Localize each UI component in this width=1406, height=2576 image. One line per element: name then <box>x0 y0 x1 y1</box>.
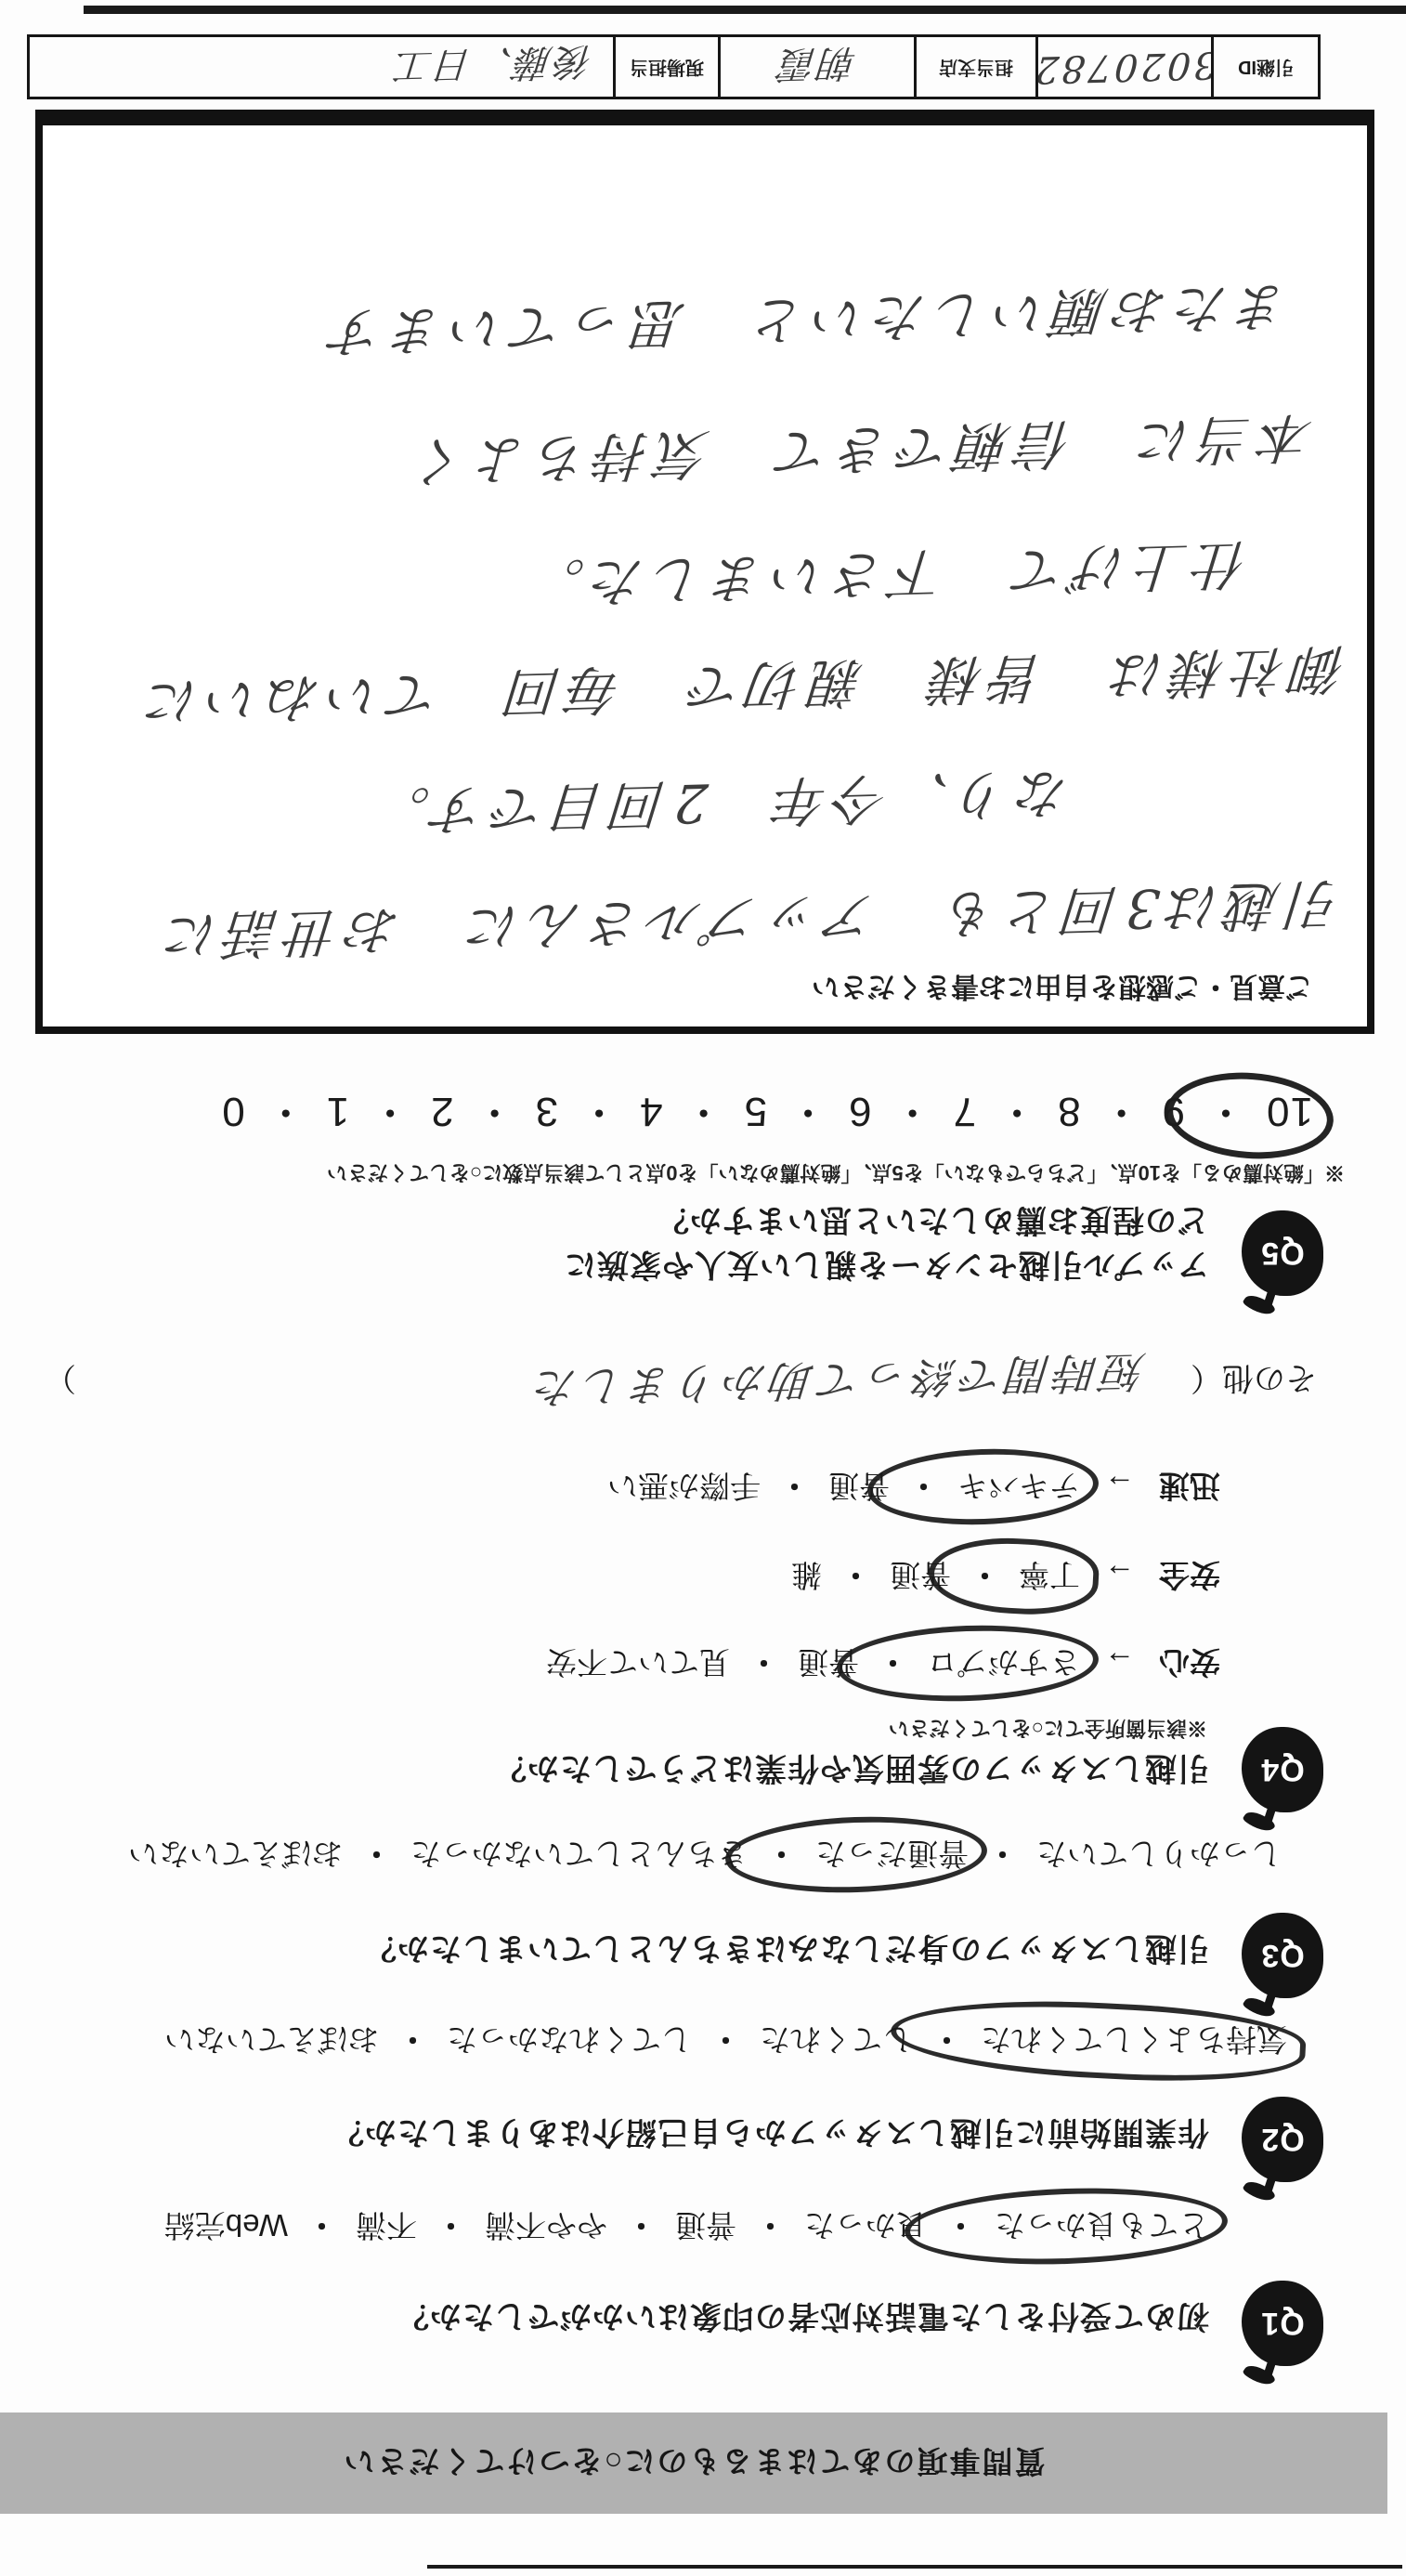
q3-option: きちんとしていなかった <box>343 1834 748 1877</box>
scan-edge-line-bottom <box>84 6 1406 14</box>
q5-score-10-circled: 10 <box>1185 1086 1313 1145</box>
q5-score: 5 <box>663 1086 767 1145</box>
q4-option: 見ていて不安 <box>546 1642 730 1686</box>
q5-score-scale: 109876543210 <box>221 1086 1313 1145</box>
q5-badge-label: Q5 <box>1260 1236 1304 1272</box>
handover-id-handwriting: 3020782 <box>1035 43 1211 91</box>
admin-footer-table: 引継ID 3020782 担当支店 朝霞 現場担当 後藤、日工 <box>27 34 1321 99</box>
q1-badge-icon: Q1 <box>1242 2281 1323 2366</box>
q3-option: しっかりしていた <box>969 1834 1282 1877</box>
q1-question: 初めて受付をした電話対応者の印象はいかがでしたか？ <box>397 2296 1209 2342</box>
q2-option: してくれなかった <box>379 2020 692 2063</box>
q5-score: 0 <box>221 1088 244 1134</box>
q4-option: 手際が悪い <box>607 1466 761 1510</box>
branch-handwriting: 朝霞 <box>775 39 858 95</box>
branch-value: 朝霞 <box>718 37 914 97</box>
q1-option: 不満 <box>288 2205 417 2249</box>
q4-other-close: ） <box>45 1358 76 1404</box>
site-staff-value: 後藤、日工 <box>30 37 613 97</box>
q5-question-line1: アップル引越センターを親しい友人や家族に <box>564 1245 1209 1290</box>
q2-badge-label: Q2 <box>1260 2122 1304 2158</box>
q4-other-label: その他（ <box>1191 1360 1317 1395</box>
q1-badge-label: Q1 <box>1260 2306 1304 2342</box>
handover-id-label: 引継ID <box>1211 37 1318 97</box>
q3-option: おぼえていない <box>128 1834 343 1877</box>
q2-question: 作業開始前に引越しスタッフから自己紹介はありましたか？ <box>332 2112 1209 2158</box>
site-staff-label: 現場担当 <box>613 37 718 97</box>
q5-score: 3 <box>454 1086 558 1145</box>
q5-score: 8 <box>976 1086 1080 1145</box>
upside-down-sheet: 質問事項のあてはまるものに○をつけてください Q1 初めて受付をした電話対応者の… <box>0 0 1406 2576</box>
q5-question-line2: どの程度お薦めしたいと思いますか？ <box>657 1200 1209 1246</box>
q2-option-circled: 気持ちよくしてくれた <box>913 2020 1287 2063</box>
q5-score: 9 <box>1081 1086 1185 1145</box>
q1-option-circled: とても良かった <box>927 2205 1209 2249</box>
q2-option: おぼえていない <box>164 2020 379 2063</box>
q3-badge-icon: Q3 <box>1242 1913 1323 1998</box>
q4-row-anzen: 安全→丁寧普通雑 <box>791 1555 1220 1599</box>
free-comment-box: ご意見・ご感想を自由にお書きください 引越は3回とも アップルさんに お世話に … <box>35 110 1374 1034</box>
q4-note: ※該当箇所全てに○をしてください <box>889 1715 1207 1744</box>
q4-row-anshin: 安心→さすがプロ普通見ていて不安 <box>546 1642 1220 1686</box>
branch-label: 担当支店 <box>914 37 1035 97</box>
q4-row-label: 安心 <box>1159 1645 1220 1680</box>
q4-row-label: 安全 <box>1159 1558 1220 1592</box>
instruction-bar: 質問事項のあてはまるものに○をつけてください <box>0 2413 1387 2514</box>
q2-badge-icon: Q2 <box>1242 2097 1323 2182</box>
arrow-icon: → <box>1104 1645 1135 1680</box>
handwritten-comment-line: 御社様は 皆様 親切で 毎回 ていねいに <box>137 634 1348 744</box>
q5-score: 1 <box>245 1086 349 1145</box>
scanned-survey-page: 質問事項のあてはまるものに○をつけてください Q1 初めて受付をした電話対応者の… <box>0 0 1406 2576</box>
q3-option-circled: 普通だった <box>748 1834 969 1877</box>
q4-option-circled: さすがプロ <box>859 1642 1080 1686</box>
q4-option: 普通 <box>761 1466 890 1510</box>
q4-option-circled: 丁寧 <box>951 1555 1080 1599</box>
q4-option: 普通 <box>822 1555 951 1599</box>
q4-option: 雑 <box>791 1555 822 1599</box>
q5-score: 4 <box>558 1086 662 1145</box>
instruction-bar-text: 質問事項のあてはまるものに○をつけてください <box>343 2441 1046 2485</box>
q5-note: ※「絶対薦める」を10点、「どちらでもない」を5点、「絶対薦めない」を0点として… <box>327 1159 1345 1188</box>
q1-options: とても良かった良かった普通やや不満不満Web完結 <box>164 2205 1209 2249</box>
handwritten-comment-line: またお願いしたいと 思っています <box>321 271 1291 374</box>
q2-option: してくれた <box>692 2020 913 2063</box>
q4-row-label: 迅速 <box>1159 1469 1220 1503</box>
free-comment-prompt: ご意見・ご感想を自由にお書きください <box>812 969 1313 1010</box>
q4-option: 普通 <box>730 1642 859 1686</box>
handwritten-comment-line: 本当に 信頼できて 気持ちよく <box>406 402 1316 503</box>
handwritten-comment-line: なり、今年 2回目です。 <box>367 758 1072 854</box>
arrow-icon: → <box>1104 1558 1135 1592</box>
site-staff-handwriting: 後藤、日工 <box>391 37 593 96</box>
q4-badge-label: Q4 <box>1260 1752 1304 1788</box>
q3-badge-label: Q3 <box>1260 1938 1304 1974</box>
q3-question: 引越しスタッフの身だしなみはきちんとしていましたか？ <box>364 1929 1209 1974</box>
q3-options: しっかりしていた普通だったきちんとしていなかったおぼえていない <box>128 1834 1282 1877</box>
q4-badge-icon: Q4 <box>1242 1727 1323 1812</box>
q2-options: 気持ちよくしてくれたしてくれたしてくれなかったおぼえていない <box>164 2020 1287 2063</box>
q4-question: 引越しスタッフの雰囲気や作業はどうでしたか？ <box>494 1748 1209 1794</box>
q5-score: 7 <box>872 1086 976 1145</box>
q4-other-handwriting: 短時間で終って助かりました <box>528 1343 1148 1422</box>
q1-option: 普通 <box>607 2205 736 2249</box>
handwritten-comment-line: 引越は3回とも アップルさんに お世話に <box>157 869 1343 978</box>
q4-other-row: その他（ <box>1191 1358 1317 1404</box>
q4-option-circled: テキパキ <box>890 1466 1080 1510</box>
q5-badge-icon: Q5 <box>1242 1210 1323 1296</box>
scan-edge-line-top <box>427 2565 1402 2569</box>
q4-row-jinsoku: 迅速→テキパキ普通手際が悪い <box>607 1466 1220 1510</box>
q1-option: Web完結 <box>164 2205 288 2249</box>
q5-score: 6 <box>767 1086 871 1145</box>
q1-option: やや不満 <box>417 2205 607 2249</box>
q1-option: 良かった <box>736 2205 927 2249</box>
q5-score: 2 <box>349 1086 453 1145</box>
handover-id-value: 3020782 <box>1035 37 1211 97</box>
arrow-icon: → <box>1104 1469 1135 1503</box>
handwritten-comment-line: 仕上げて 下さいました。 <box>522 530 1251 626</box>
